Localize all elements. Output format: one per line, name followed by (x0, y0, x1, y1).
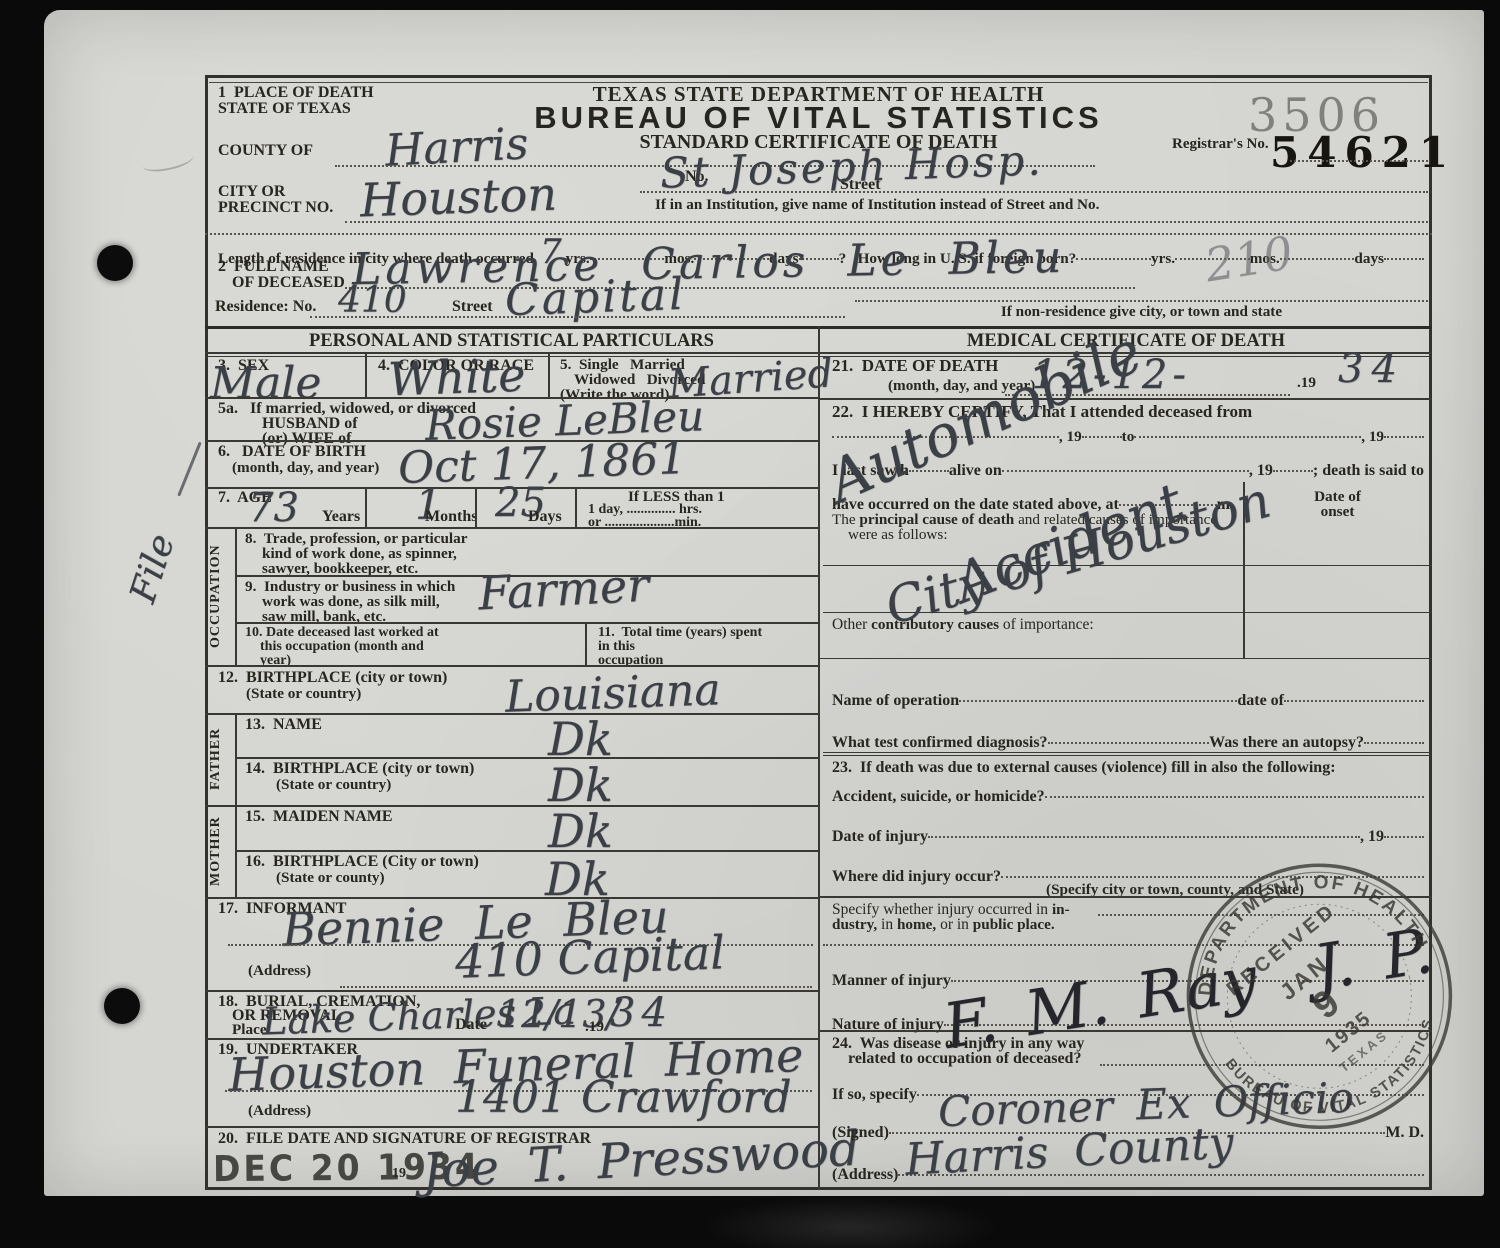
external-causes-label-c: ) fill in also the following: (1162, 759, 1336, 776)
dotted-leader (310, 316, 845, 318)
certify-19a: , 19 (1059, 428, 1082, 446)
file-year-prefix: 19 (392, 1166, 406, 1182)
lastsaw-label-3: ; death is said to (1313, 462, 1424, 480)
industry-value: Farmer (477, 558, 651, 621)
dotted-leader (345, 221, 1428, 223)
stamp-day: 9 (1305, 982, 1348, 1028)
external-causes-label: 23. If death was due to external causes … (832, 759, 1336, 777)
external-causes-label-a: 23. If death was due to external causes … (832, 759, 1107, 776)
dotted-leader (928, 836, 1360, 838)
dotted-leader (345, 287, 1135, 289)
manner-of-injury-label: Manner of injury (832, 972, 951, 990)
rule (823, 752, 1432, 753)
specify-injury-2a: dustry, (832, 916, 877, 933)
were-as-follows-label: were as follows: (848, 526, 948, 544)
date-of-death-label: 21. DATE OF DEATH (832, 356, 998, 376)
if-so-specify-label: If so, specify (832, 1086, 917, 1104)
test-label: What test confirmed diagnosis? (832, 734, 1048, 752)
death-year-prefix: .19 (1297, 374, 1316, 392)
last-worked-label-3: year) (260, 653, 291, 669)
institution-note: If in an Institution, give name of Insti… (655, 196, 1099, 214)
received-stamp-graphic: DEPARTMENT OF HEALTH BUREAU OF VITAL STA… (1153, 830, 1485, 1162)
dotted-leader (1045, 796, 1424, 798)
certify-19b: , 19 (1361, 428, 1384, 446)
rule (365, 352, 367, 397)
address-label: (Address) (832, 1166, 898, 1184)
rule (585, 622, 587, 665)
yrs-label: yrs. (1151, 250, 1175, 268)
dotted-leader (855, 300, 1428, 302)
residence-no-label: Residence: No. (215, 298, 316, 316)
days-label: Days (528, 508, 562, 526)
accident-suicide-label: Accident, suicide, or homicide? (832, 788, 1045, 806)
dotted-leader (1384, 258, 1424, 260)
specify-injury-2c: home, (897, 916, 936, 933)
rule (823, 755, 1432, 756)
punch-hole (97, 245, 133, 281)
rule (475, 487, 477, 527)
specify-injury-label-2: dustry, in home, or in public place. (832, 916, 1055, 934)
mother-maiden-label: 15. MAIDEN NAME (245, 808, 393, 826)
dotted-leader (1364, 742, 1424, 744)
informant-address-label: (Address) (248, 962, 311, 980)
dotted-leader (1002, 470, 1249, 472)
dotted-leader (1134, 436, 1361, 438)
dob-sublabel: (month, day, and year) (232, 459, 379, 477)
birthplace-sublabel: (State or country) (246, 685, 361, 703)
dotted-leader (1284, 700, 1424, 702)
rule (235, 713, 237, 805)
informant-address-value: 410 Capital (454, 925, 726, 988)
undertaker-address-label: (Address) (248, 1102, 311, 1120)
contributory-label: Other contributory causes of importance: (832, 616, 1094, 634)
less-than-label-3: or ....................min. (588, 515, 701, 531)
rule (548, 352, 550, 397)
city-value: Houston (359, 167, 558, 228)
residence-street-label: Street (452, 298, 493, 316)
death-year-value: 34 (1338, 346, 1405, 392)
rule (575, 487, 577, 527)
occupation-side-label: OCCUPATION (208, 530, 224, 663)
city-label-2: PRECINCT NO. (218, 199, 333, 217)
specify-injury-2b: in (877, 916, 897, 933)
rule (818, 398, 1432, 400)
father-name-label: 13. NAME (245, 716, 322, 734)
rule (235, 850, 818, 852)
rule (205, 527, 818, 529)
days-label: days (1354, 250, 1384, 268)
rule (235, 757, 818, 759)
rule (818, 658, 1432, 659)
certify-to: to (1122, 428, 1135, 446)
signed-label: (Signed) (832, 1124, 889, 1142)
dotted-leader (1273, 470, 1313, 472)
father-birthplace-sublabel: (State or country) (276, 776, 391, 794)
dotted-leader (1076, 258, 1151, 260)
dotted-leader (1384, 436, 1424, 438)
mother-birthplace-sublabel: (State or county) (276, 869, 385, 887)
operation-label: Name of operation (832, 692, 959, 710)
received-stamp: DEPARTMENT OF HEALTH BUREAU OF VITAL STA… (1134, 816, 1466, 1148)
md-label: M. D. (1385, 1124, 1424, 1142)
contributory-label-c: of importance: (999, 616, 1094, 633)
months-label: Months (425, 508, 477, 526)
dotted-leader (340, 986, 812, 988)
registrar-no-label: Registrar's No. (1172, 136, 1269, 153)
scanned-death-certificate: File 1 PLACE OF DEATH STATE OF TEXAS TEX… (0, 0, 1500, 1248)
date-of-injury-label: Date of injury (832, 828, 928, 846)
rule (205, 665, 818, 667)
rule (205, 713, 818, 715)
burial-year-value: 34 (610, 990, 673, 1036)
registrar-number: 54621 (1270, 128, 1456, 177)
scan-smudge (700, 1196, 1000, 1248)
specify-injury-2d: or in (936, 916, 973, 933)
years-label: Years (322, 508, 360, 526)
specify-injury-2e: public place. (973, 916, 1055, 933)
burial-date-label: Date (455, 1016, 487, 1034)
mother-side-label: MOTHER (208, 808, 224, 894)
age-years-value: 73 (248, 485, 299, 531)
operation-date-label: date of (1237, 692, 1284, 710)
dotted-leader (1048, 742, 1210, 744)
burial-year-prefix: .19 (585, 1018, 604, 1036)
rule (365, 487, 367, 527)
autopsy-label: Was there an autopsy? (1209, 734, 1364, 752)
nonresidence-note: If non-residence give city, or town and … (855, 303, 1428, 321)
county-label: COUNTY OF (218, 142, 313, 160)
dotted-leader (1082, 436, 1122, 438)
punch-hole (104, 988, 140, 1024)
rule (235, 527, 237, 665)
rule (235, 622, 818, 624)
father-side-label: FATHER (208, 716, 224, 802)
dotted-leader (959, 700, 1237, 702)
residence-no-value: 410 (338, 280, 407, 321)
dotted-leader (1290, 160, 1428, 162)
external-causes-label-b: violence (1107, 759, 1162, 776)
undertaker-address-value: 1401 Crawford (455, 1072, 792, 1123)
full-name-label-2: OF DECEASED (232, 274, 345, 292)
rule (205, 805, 818, 807)
contributory-label-a: Other (832, 616, 871, 633)
